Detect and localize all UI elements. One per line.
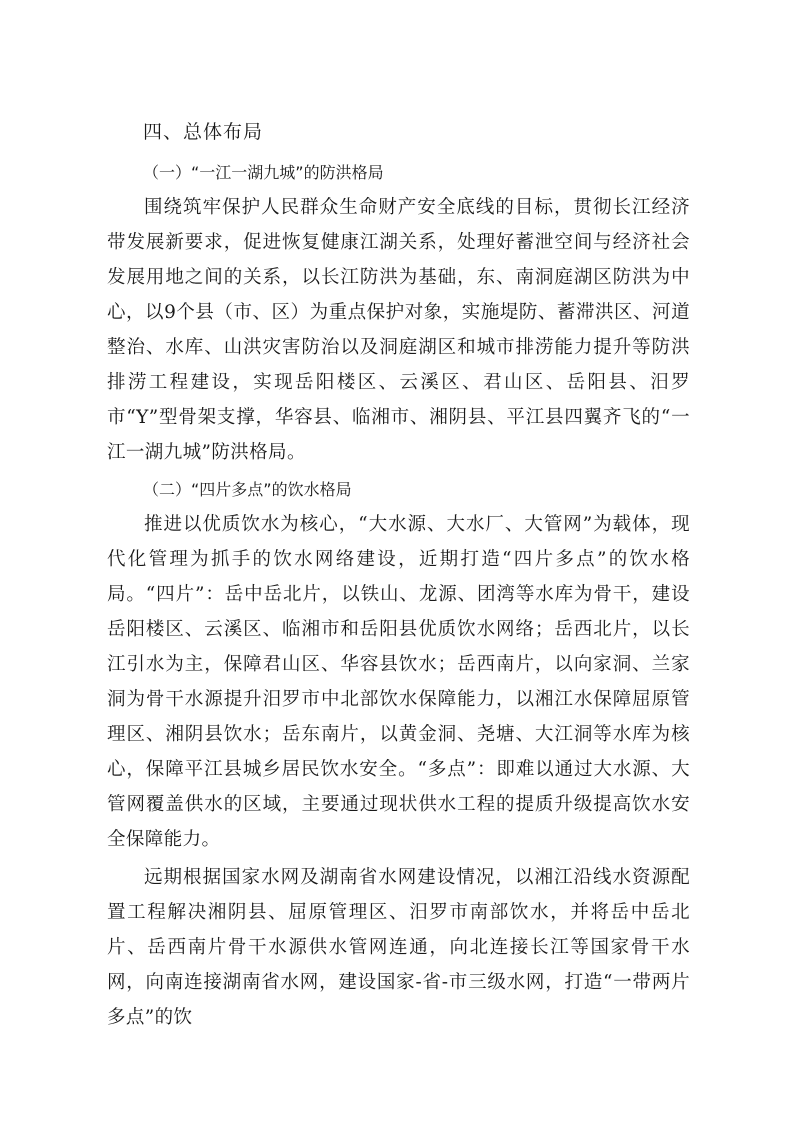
document-page: 四、总体布局 （一）“一江一湖九城”的防洪格局 围绕筑牢保护人民群众生命财产安全… [107,112,690,1035]
paragraph-flood-control: 围绕筑牢保护人民群众生命财产安全底线的目标，贯彻长江经济带发展新要求，促进恢复健… [107,190,690,470]
subsection-heading-flood-control: （一）“一江一湖九城”的防洪格局 [143,156,690,190]
paragraph-drinking-water-near-term: 推进以优质饮水为核心，“大水源、大水厂、大管网”为载体，现代化管理为抓手的饮水网… [107,507,690,857]
paragraph-drinking-water-long-term: 远期根据国家水网及湖南省水网建设情况，以湘江沿线水资源配置工程解决湘阴县、屈原管… [107,860,690,1035]
subsection-heading-drinking-water: （二）“四片多点”的饮水格局 [143,473,690,507]
section-title: 四、总体布局 [143,112,690,152]
